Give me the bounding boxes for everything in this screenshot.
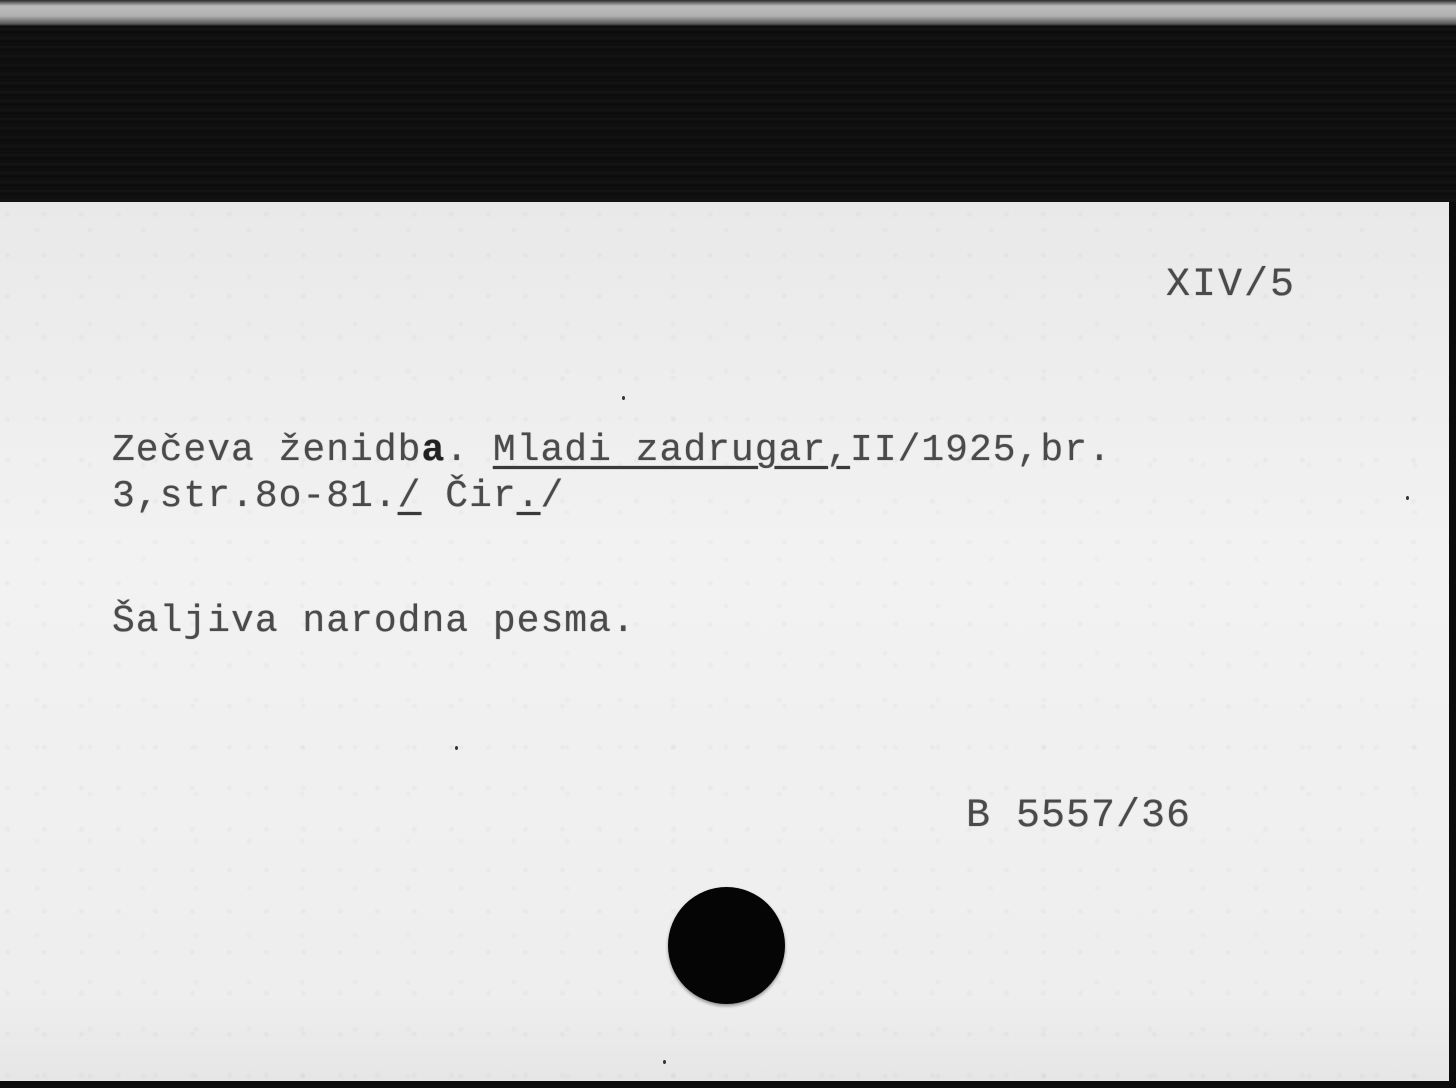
- periodical-comma: ,: [826, 429, 850, 472]
- entry-space: [469, 429, 493, 472]
- ink-speck: [622, 396, 625, 400]
- ink-speck: [1406, 496, 1409, 500]
- volume-year-issue: II/1925,br.: [850, 429, 1112, 472]
- entry-line-2: 3,str.8o-81./ Čir./: [112, 478, 564, 516]
- accession-number: B 5557/36: [966, 797, 1191, 837]
- scanner-top-strip: [0, 0, 1456, 26]
- periodical-title-text: Mladi zadrugar: [493, 429, 826, 472]
- hole-punch-icon: [668, 887, 785, 1004]
- entry-title-period: .: [445, 429, 469, 472]
- entry-title-last-char: a: [421, 429, 445, 472]
- periodical-title: Mladi zadrugar,: [493, 429, 850, 472]
- genre-note: Šaljiva narodna pesma.: [112, 603, 636, 641]
- script-note-open-bracket: /: [398, 475, 422, 518]
- ink-speck: [455, 746, 458, 750]
- call-number: XIV/5: [1166, 266, 1296, 306]
- script-note-text: Čir: [421, 475, 516, 518]
- card-bottom-edge: [0, 1081, 1456, 1088]
- pages: 3,str.8o-81.: [112, 475, 398, 518]
- entry-line-1: Zečeva ženidba. Mladi zadrugar,II/1925,b…: [112, 432, 1112, 470]
- scanner-background-band: [0, 26, 1456, 202]
- entry-title: Zečeva ženidb: [112, 429, 421, 472]
- script-note-period: .: [517, 475, 541, 518]
- ink-speck: [663, 1060, 666, 1064]
- script-note-close-bracket: /: [541, 475, 565, 518]
- card-right-edge: [1449, 202, 1456, 1088]
